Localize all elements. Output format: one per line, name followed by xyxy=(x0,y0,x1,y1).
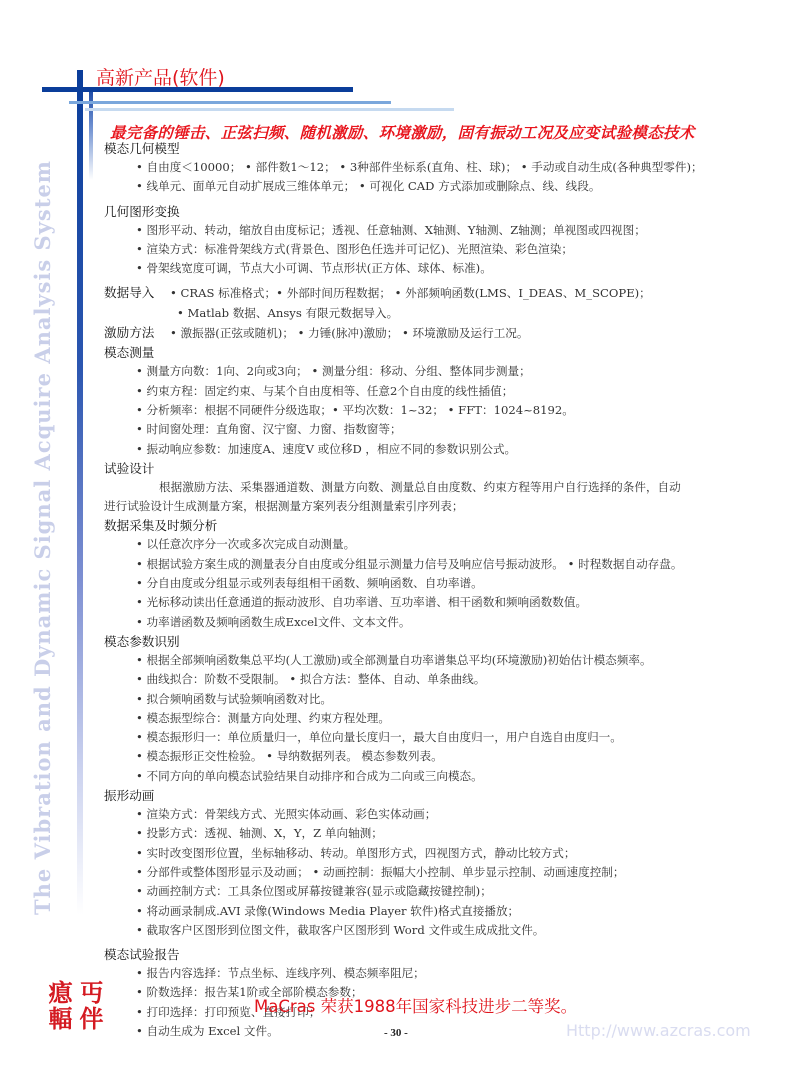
list-item: • 将动画录制成.AVI 录像(Windows Media Player 软件)… xyxy=(104,902,794,921)
list-item: • 投影方式：透视、轴测、X，Y，Z 单向轴测； xyxy=(104,824,794,843)
list-item: • 动画控制方式：工具条位图或屏幕按键兼容(显示或隐藏按键控制)； xyxy=(104,882,794,901)
list-item: • 实时改变图形位置，坐标轴移动、转动。单图形方式，四视图方式，静动比较方式； xyxy=(104,844,794,863)
list-item: • 以任意次序分一次或多次完成自动测量。 xyxy=(104,535,794,554)
logo-char: 丏 xyxy=(75,980,106,1006)
list-item: • 截取客户区图形到位图文件，截取客户区图形到 Word 文件或生成成批文件。 xyxy=(104,921,794,940)
section-excitation: 激励方法 • 激振器(正弦或随机)； • 力锤(脉冲)激励； • 环境激励及运行… xyxy=(104,323,794,343)
section-heading: 几何图形变换 xyxy=(104,202,794,221)
paragraph: 进行试验设计生成测量方案，根据测量方案列表分组测量索引序列表； xyxy=(104,497,794,516)
list-item: • CRAS 标准格式；• 外部时间历程数据； • 外部频响函数(LMS、I_D… xyxy=(170,284,651,303)
page-number: - 30 - xyxy=(384,1027,408,1039)
list-item: • 约束方程：固定约束、与某个自由度相等、任意2个自由度的线性插值； xyxy=(104,382,794,401)
logo-char: 瘜 xyxy=(44,980,75,1006)
list-item: • 分析频率：根据不同硬件分级选取；• 平均次数：1~32； • FFT：102… xyxy=(104,401,794,420)
website-url: Http://www.azcras.com xyxy=(566,1021,751,1040)
decorative-horizontal-bar-pale xyxy=(85,108,454,111)
list-item: • 渲染方式：骨架线方式、光照实体动画、彩色实体动画； xyxy=(104,805,794,824)
list-item: • 激振器(正弦或随机)； • 力锤(脉冲)激励； • 环境激励及运行工况。 xyxy=(170,324,528,343)
list-item: • Matlab 数据、Ansys 有限元数据导入。 xyxy=(104,304,794,323)
list-item: • 光标移动读出任意通道的振动波形、自功率谱、互功率谱、相干函数和频响函数数值。 xyxy=(104,593,794,612)
list-item: • 模态振形归一：单位质量归一，单位向量长度归一，最大自由度归一，用户自选自由度… xyxy=(104,728,794,747)
section-design: 试验设计 根据激励方法、采集器通道数、测量方向数、测量总自由度数、约束方程等用户… xyxy=(104,459,794,517)
section-measurement: 模态测量 • 测量方向数：1向、2向或3向； • 测量分组：移动、分组、整体同步… xyxy=(104,343,794,458)
vertical-watermark-text: The Vibration and Dynamic Signal Acquire… xyxy=(30,70,55,915)
list-item: • 模态振型综合：测量方向处理、约束方程处理。 xyxy=(104,709,794,728)
section-heading: 模态几何模型 xyxy=(104,139,794,158)
company-seal-logo: 瘜丏 輻伴 xyxy=(44,980,112,1032)
list-item: • 分部件或整体图形显示及动画； • 动画控制：振幅大小控制、单步显示控制、动画… xyxy=(104,863,794,882)
list-item: • 分自由度或分组显示或列表每组相干函数、频响函数、自功率谱。 xyxy=(104,574,794,593)
section-heading: 模态参数识别 xyxy=(104,632,794,651)
list-item: • 测量方向数：1向、2向或3向； • 测量分组：移动、分组、整体同步测量； xyxy=(104,362,794,381)
section-identification: 模态参数识别 • 根据全部频响函数集总平均(人工激励)或全部测量自功率谱集总平均… xyxy=(104,632,794,786)
list-item: • 时间窗处理：直角窗、汉宁窗、力窗、指数窗等； xyxy=(104,420,794,439)
list-item: • 自由度＜10000； • 部件数1～12； • 3种部件坐标系(直角、柱、球… xyxy=(104,158,794,177)
list-item: • 振动响应参数：加速度A、速度V 或位移D ，相应不同的参数识别公式。 xyxy=(104,440,794,459)
list-item: • 功率谱函数及频响函数生成Excel文件、文本文件。 xyxy=(104,613,794,632)
section-heading: 数据采集及时频分析 xyxy=(104,516,794,535)
list-item: • 拟合频响函数与试验频响函数对比。 xyxy=(104,690,794,709)
section-acquisition: 数据采集及时频分析 • 以任意次序分一次或多次完成自动测量。 • 根据试验方案生… xyxy=(104,516,794,631)
list-item: • 线单元、面单元自动扩展成三维体单元； • 可视化 CAD 方式添加或删除点、… xyxy=(104,177,794,196)
section-heading: 振形动画 xyxy=(104,786,794,805)
logo-char: 輻 xyxy=(44,1006,75,1032)
list-item: • 渲染方式：标准骨架线方式(背景色、图形色任选并可记忆)、光照渲染、彩色渲染； xyxy=(104,240,794,259)
list-item: • 模态振形正交性检验。 • 导纳数据列表。 模态参数列表。 xyxy=(104,747,794,766)
section-animation: 振形动画 • 渲染方式：骨架线方式、光照实体动画、彩色实体动画； • 投影方式：… xyxy=(104,786,794,940)
decorative-vertical-bar xyxy=(77,70,83,915)
section-transform: 几何图形变换 • 图形平动、转动，缩放自由度标记；透视、任意轴测、X轴测、Y轴测… xyxy=(104,202,794,279)
content-body: 模态几何模型 • 自由度＜10000； • 部件数1～12； • 3种部件坐标系… xyxy=(104,139,794,1041)
section-heading: 模态测量 xyxy=(104,343,794,362)
decorative-horizontal-bar-light xyxy=(69,101,391,104)
list-item: • 图形平动、转动，缩放自由度标记；透视、任意轴测、X轴测、Y轴测、Z轴测；单视… xyxy=(104,221,794,240)
list-item: • 根据全部频响函数集总平均(人工激励)或全部测量自功率谱集总平均(环境激励)初… xyxy=(104,651,794,670)
list-item: • 曲线拟合：阶数不受限制。 • 拟合方法：整体、自动、单条曲线。 xyxy=(104,670,794,689)
logo-char: 伴 xyxy=(75,1006,106,1032)
list-item: • 报告内容选择：节点坐标、连线序列、模态频率阻尼； xyxy=(104,964,794,983)
section-geometry: 模态几何模型 • 自由度＜10000； • 部件数1～12； • 3种部件坐标系… xyxy=(104,139,794,197)
section-import: 数据导入 • CRAS 标准格式；• 外部时间历程数据； • 外部频响函数(LM… xyxy=(104,283,794,323)
list-item: • 不同方向的单向模态试验结果自动排序和合成为二向或三向模态。 xyxy=(104,767,794,786)
section-heading: 试验设计 xyxy=(104,459,794,478)
section-heading: 激励方法 xyxy=(104,323,170,342)
paragraph: 根据激励方法、采集器通道数、测量方向数、测量总自由度数、约束方程等用户自行选择的… xyxy=(104,478,794,497)
award-statement: MaCras 荣获1988年国家科技进步二等奖。 xyxy=(254,993,577,1017)
list-item: • 根据试验方案生成的测量表分自由度或分组显示测量力信号及响应信号振动波形。 •… xyxy=(104,555,794,574)
section-title: 高新产品(软件) xyxy=(96,63,225,90)
list-item: • 骨架线宽度可调，节点大小可调、节点形状(正方体、球体、标准)。 xyxy=(104,259,794,278)
section-heading: 模态试验报告 xyxy=(104,945,794,964)
section-heading: 数据导入 xyxy=(104,283,170,302)
